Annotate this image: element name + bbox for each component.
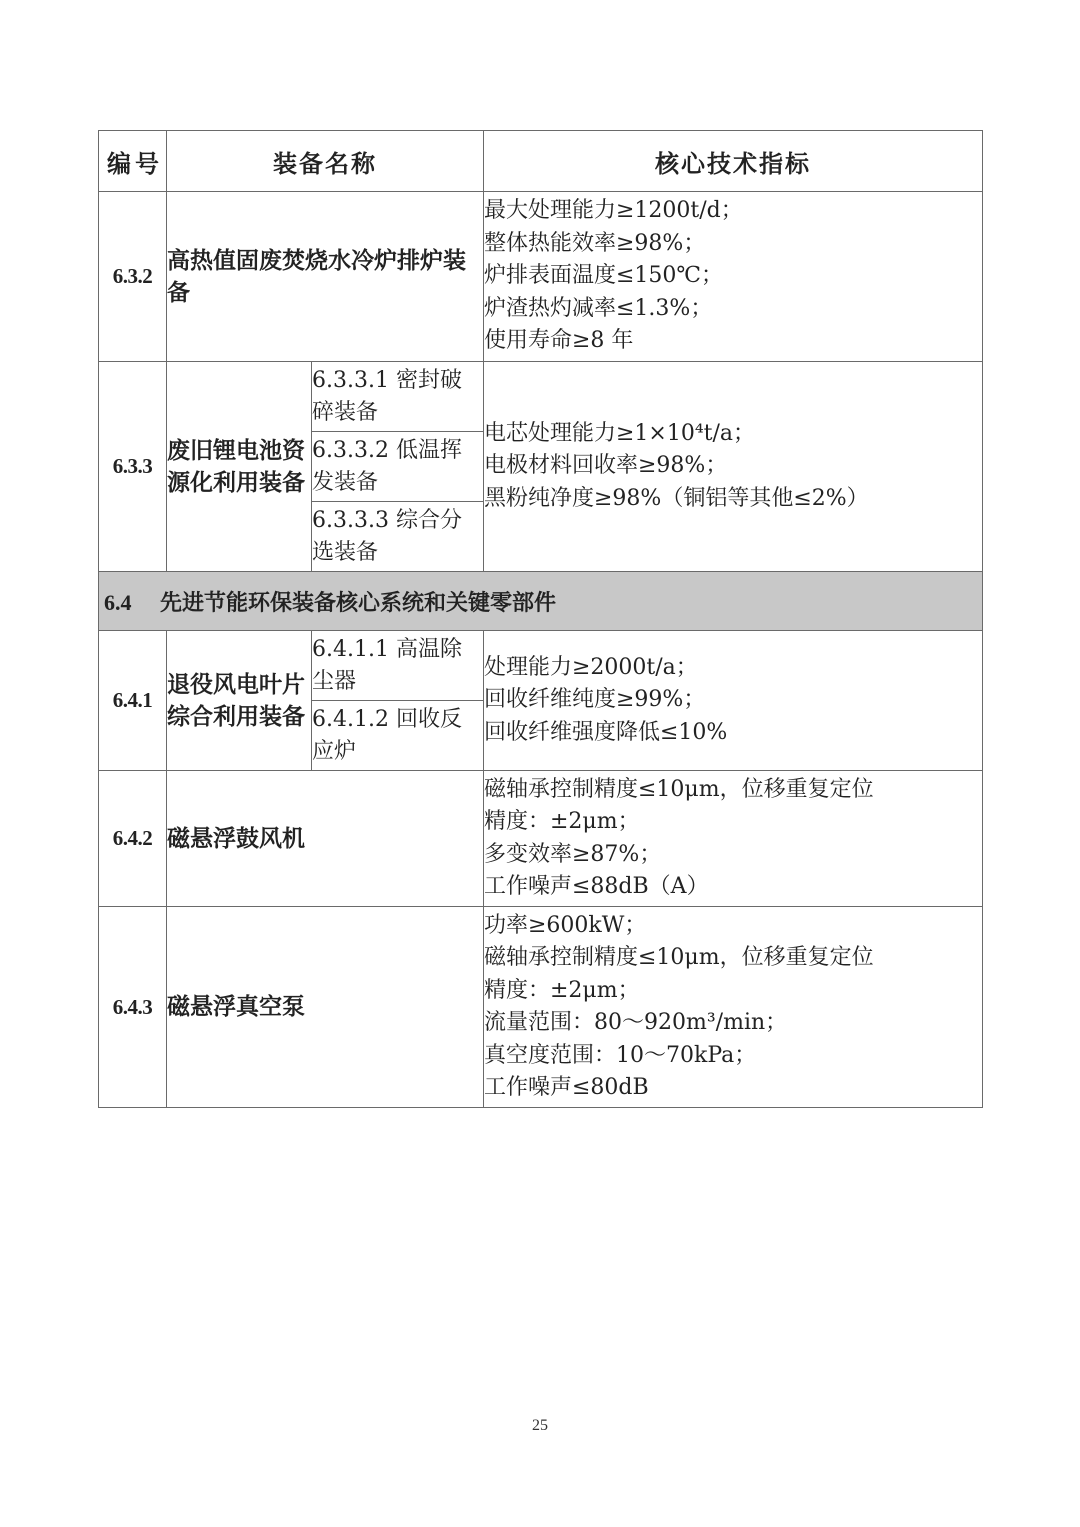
spec-line: 精度：±2μm；	[484, 806, 982, 839]
table-header-row: 编号 装备名称 核心技术指标	[99, 131, 983, 192]
spec-line: 工作噪声≤88dB（A）	[484, 871, 982, 904]
row-specs: 磁轴承控制精度≤10μm，位移重复定位 精度：±2μm； 多变效率≥87%； 工…	[484, 771, 983, 907]
sub-item: 6.4.1.2 回收反应炉	[312, 701, 484, 771]
spec-line: 炉排表面温度≤150℃；	[484, 260, 982, 293]
table-row: 6.3.3 废旧锂电池资源化利用装备 6.3.3.1 密封破碎装备 电芯处理能力…	[99, 362, 983, 432]
page-number: 25	[0, 1417, 1080, 1435]
spec-line: 处理能力≥2000t/a；	[484, 652, 982, 685]
spec-line: 磁轴承控制精度≤10μm，位移重复定位	[484, 942, 982, 975]
spec-line: 功率≥600kW；	[484, 910, 982, 943]
section-heading: 6.4先进节能环保装备核心系统和关键零部件	[99, 572, 983, 631]
spec-line: 炉渣热灼减率≤1.3%；	[484, 293, 982, 326]
section-title: 先进节能环保装备核心系统和关键零部件	[160, 591, 556, 616]
spec-line: 工作噪声≤80dB	[484, 1072, 982, 1105]
spec-line: 回收纤维强度降低≤10%	[484, 717, 982, 750]
row-code: 6.4.3	[99, 907, 167, 1108]
sub-item: 6.3.3.2 低温挥发装备	[312, 432, 484, 502]
row-name: 磁悬浮真空泵	[167, 907, 484, 1108]
spec-line: 电芯处理能力≥1×10⁴t/a；	[484, 418, 982, 451]
equipment-spec-table: 编号 装备名称 核心技术指标 6.3.2 高热值固废焚烧水冷炉排炉装备 最大处理…	[98, 130, 983, 1108]
row-code: 6.3.3	[99, 362, 167, 572]
section-number: 6.4	[104, 590, 160, 616]
row-code: 6.4.2	[99, 771, 167, 907]
spec-line: 多变效率≥87%；	[484, 839, 982, 872]
row-specs: 功率≥600kW； 磁轴承控制精度≤10μm，位移重复定位 精度：±2μm； 流…	[484, 907, 983, 1108]
spec-line: 最大处理能力≥1200t/d；	[484, 195, 982, 228]
row-name: 废旧锂电池资源化利用装备	[167, 362, 312, 572]
spec-line: 流量范围：80～920m³/min；	[484, 1007, 982, 1040]
spec-line: 电极材料回收率≥98%；	[484, 450, 982, 483]
header-spec: 核心技术指标	[484, 131, 983, 192]
section-row: 6.4先进节能环保装备核心系统和关键零部件	[99, 572, 983, 631]
table-row: 6.3.2 高热值固废焚烧水冷炉排炉装备 最大处理能力≥1200t/d； 整体热…	[99, 192, 983, 362]
row-specs: 电芯处理能力≥1×10⁴t/a； 电极材料回收率≥98%； 黑粉纯净度≥98%（…	[484, 362, 983, 572]
spec-line: 回收纤维纯度≥99%；	[484, 684, 982, 717]
spec-line: 真空度范围：10～70kPa；	[484, 1040, 982, 1073]
row-code: 6.3.2	[99, 192, 167, 362]
row-specs: 最大处理能力≥1200t/d； 整体热能效率≥98%； 炉排表面温度≤150℃；…	[484, 192, 983, 362]
row-name: 退役风电叶片综合利用装备	[167, 631, 312, 771]
spec-line: 精度：±2μm；	[484, 975, 982, 1008]
sub-item: 6.3.3.3 综合分选装备	[312, 502, 484, 572]
spec-line: 黑粉纯净度≥98%（铜铝等其他≤2%）	[484, 483, 982, 516]
spec-line: 磁轴承控制精度≤10μm，位移重复定位	[484, 774, 982, 807]
row-code: 6.4.1	[99, 631, 167, 771]
row-name: 高热值固废焚烧水冷炉排炉装备	[167, 192, 484, 362]
spec-line: 整体热能效率≥98%；	[484, 228, 982, 261]
row-name: 磁悬浮鼓风机	[167, 771, 484, 907]
header-code: 编号	[99, 131, 167, 192]
table-row: 6.4.2 磁悬浮鼓风机 磁轴承控制精度≤10μm，位移重复定位 精度：±2μm…	[99, 771, 983, 907]
spec-line: 使用寿命≥8 年	[484, 325, 982, 358]
sub-item: 6.3.3.1 密封破碎装备	[312, 362, 484, 432]
sub-item: 6.4.1.1 高温除尘器	[312, 631, 484, 701]
table-row: 6.4.1 退役风电叶片综合利用装备 6.4.1.1 高温除尘器 处理能力≥20…	[99, 631, 983, 701]
header-name: 装备名称	[167, 131, 484, 192]
table-row: 6.4.3 磁悬浮真空泵 功率≥600kW； 磁轴承控制精度≤10μm，位移重复…	[99, 907, 983, 1108]
row-specs: 处理能力≥2000t/a； 回收纤维纯度≥99%； 回收纤维强度降低≤10%	[484, 631, 983, 771]
document-page: 编号 装备名称 核心技术指标 6.3.2 高热值固废焚烧水冷炉排炉装备 最大处理…	[0, 0, 1080, 1527]
